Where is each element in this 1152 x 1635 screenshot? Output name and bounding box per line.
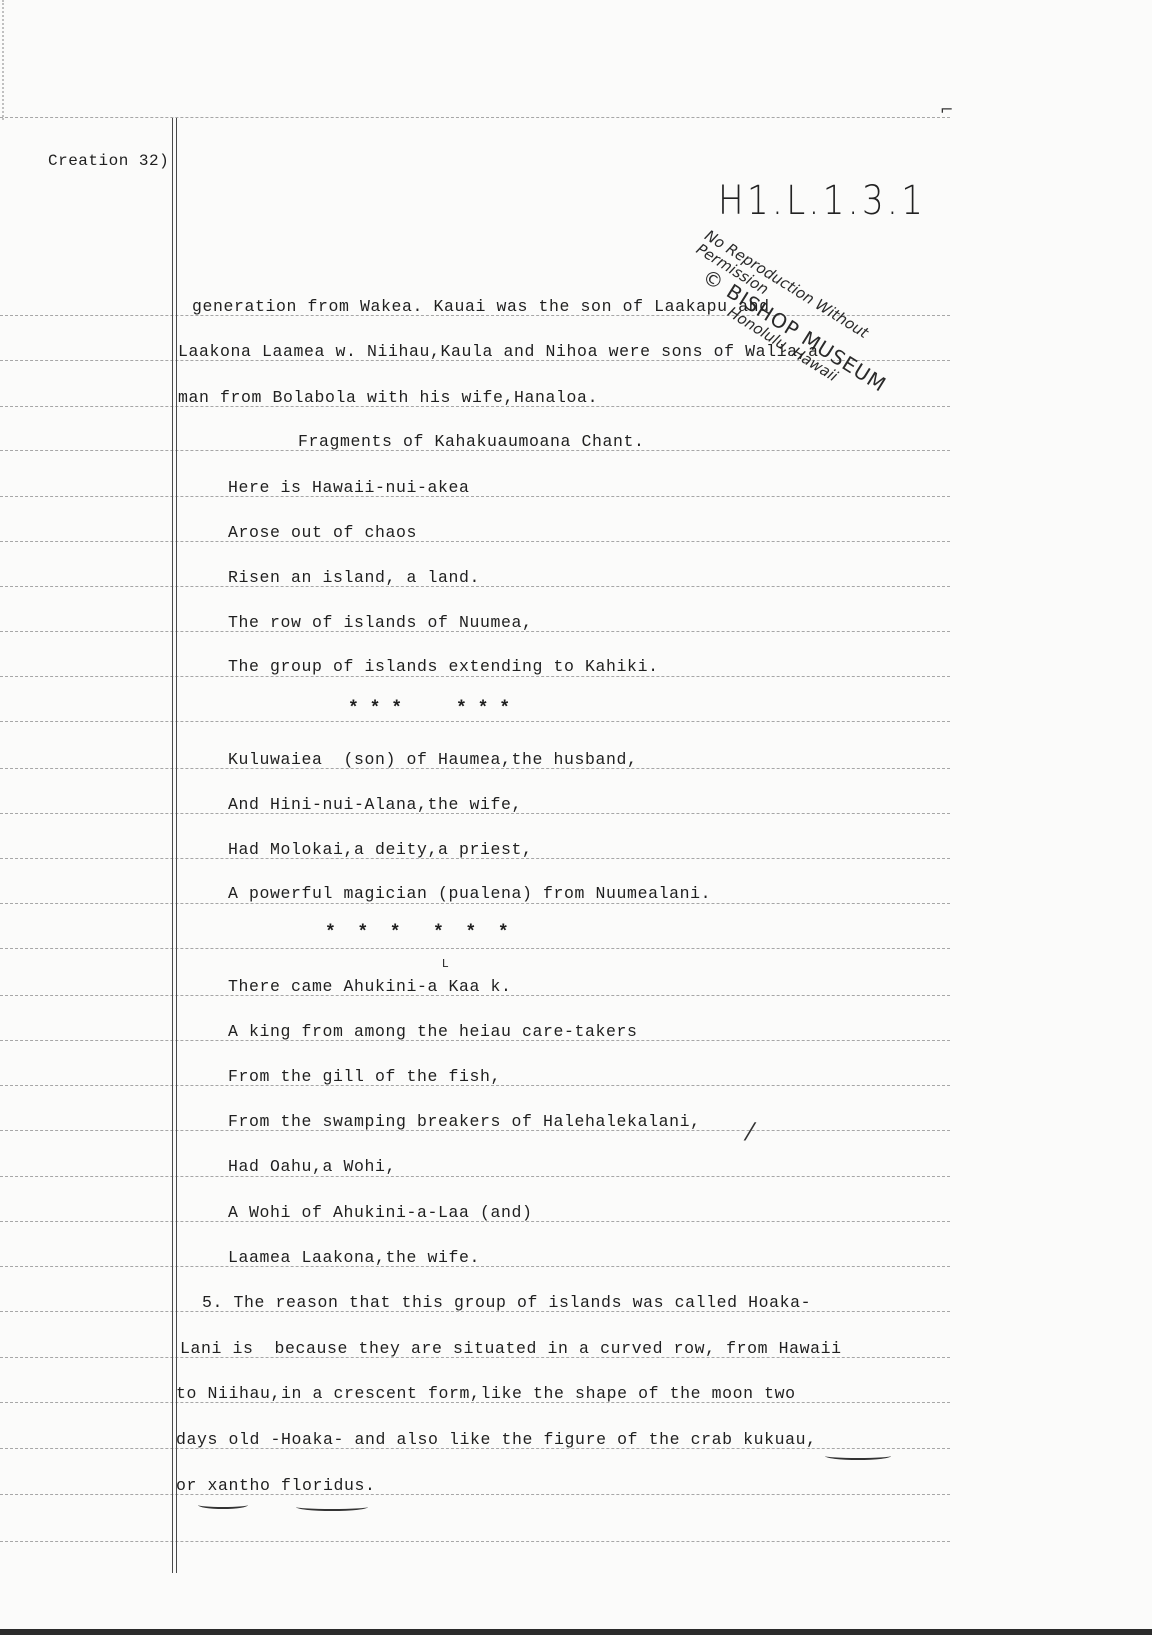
rule-line bbox=[0, 948, 950, 949]
chant-line: Had Oahu,a Wohi, bbox=[228, 1157, 396, 1176]
rule-line bbox=[0, 676, 950, 677]
catalog-number-handwritten: H1.L.1.3.1 bbox=[718, 178, 926, 224]
rule-line bbox=[0, 1494, 950, 1495]
section-separator: * * * * * * bbox=[325, 923, 509, 943]
chant-line: Kuluwaiea (son) of Haumea,the husband, bbox=[228, 750, 638, 769]
chant-line: The group of islands extending to Kahiki… bbox=[228, 657, 659, 676]
chant-line: From the gill of the fish, bbox=[228, 1067, 501, 1086]
chant-line: Laamea Laakona,the wife. bbox=[228, 1248, 480, 1267]
chant-line: The row of islands of Nuumea, bbox=[228, 613, 533, 632]
margin-double-line bbox=[172, 118, 177, 1573]
paragraph-line: days old -Hoaka- and also like the figur… bbox=[176, 1430, 817, 1449]
chant-title: Fragments of Kahakuaumoana Chant. bbox=[298, 432, 645, 451]
chant-line: From the swamping breakers of Halehaleka… bbox=[228, 1112, 701, 1131]
scan-edge-speckle bbox=[2, 0, 10, 120]
intro-line: Laakona Laamea w. Niihau,Kaula and Nihoa… bbox=[178, 342, 819, 361]
handwritten-underline bbox=[296, 1503, 368, 1511]
chant-line: Arose out of chaos bbox=[228, 523, 417, 542]
handwritten-insert: L bbox=[442, 957, 448, 970]
chant-line: And Hini-nui-Alana,the wife, bbox=[228, 795, 522, 814]
chant-line: Had Molokai,a deity,a priest, bbox=[228, 840, 533, 859]
intro-line: man from Bolabola with his wife,Hanaloa. bbox=[178, 388, 598, 407]
rule-line bbox=[0, 1541, 950, 1542]
paragraph-line: or xantho floridus. bbox=[176, 1476, 376, 1495]
corner-mark: ⌐ bbox=[940, 100, 953, 119]
typescript-page: Creation 32) ⌐ H1.L.1.3.1 No Reproductio… bbox=[0, 0, 1152, 1635]
copyright-stamp: No Reproduction Without Permission © BIS… bbox=[674, 228, 922, 418]
chant-line: A powerful magician (pualena) from Nuume… bbox=[228, 884, 711, 903]
intro-line: generation from Wakea. Kauai was the son… bbox=[192, 297, 770, 316]
chant-line: A king from among the heiau care-takers bbox=[228, 1022, 638, 1041]
paragraph-line: Lani is because they are situated in a c… bbox=[180, 1339, 842, 1358]
chant-line: Here is Hawaii-nui-akea bbox=[228, 478, 470, 497]
rule-line bbox=[0, 117, 950, 118]
paragraph-line: to Niihau,in a crescent form,like the sh… bbox=[176, 1384, 796, 1403]
chant-line: A Wohi of Ahukini-a-Laa (and) bbox=[228, 1203, 533, 1222]
paragraph-line: 5. The reason that this group of islands… bbox=[202, 1293, 811, 1312]
rule-line bbox=[0, 903, 950, 904]
chant-line: Risen an island, a land. bbox=[228, 568, 480, 587]
rule-line bbox=[0, 541, 950, 542]
handwritten-underline bbox=[825, 1452, 891, 1460]
rule-line bbox=[0, 496, 950, 497]
handwritten-comma-mark: ⁄ bbox=[748, 1118, 752, 1146]
handwritten-underline bbox=[198, 1501, 248, 1509]
page-header-label: Creation 32) bbox=[48, 152, 169, 170]
chant-line: There came Ahukini-a Kaa k. bbox=[228, 977, 512, 996]
scan-bottom-edge bbox=[0, 1629, 1152, 1635]
rule-line bbox=[0, 721, 950, 722]
section-separator: * * * * * * bbox=[348, 699, 510, 719]
rule-line bbox=[0, 1176, 950, 1177]
